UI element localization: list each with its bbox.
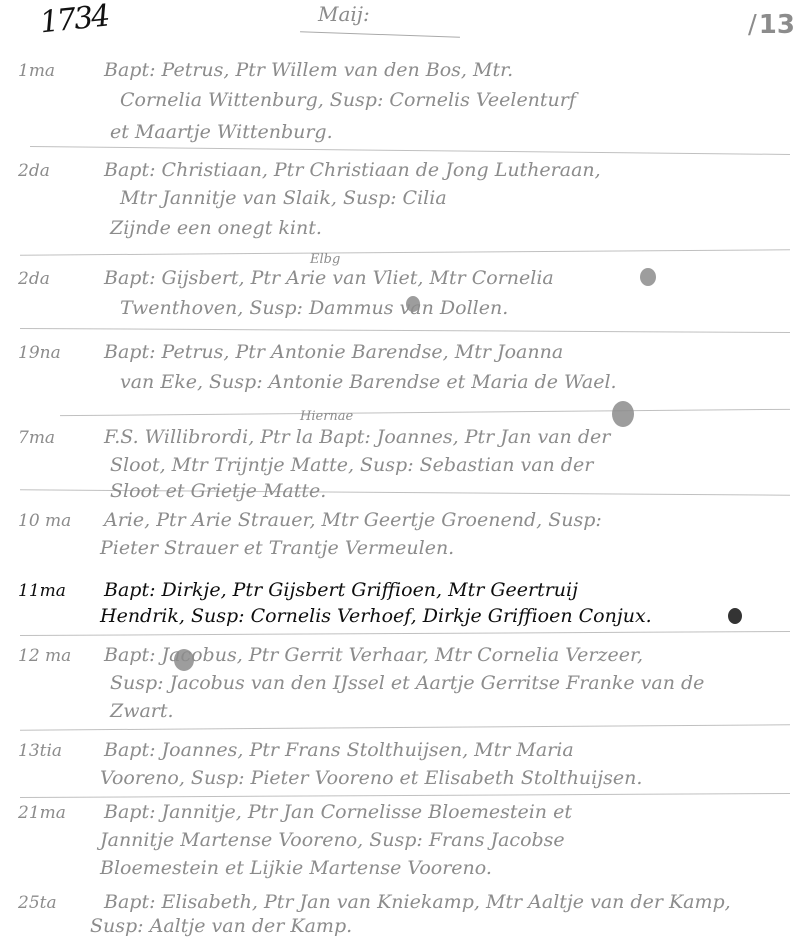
entry-line: Mtr Jannitje van Slaik, Susp: Cilia: [120, 186, 447, 210]
entry-date: 25ta: [0, 891, 104, 915]
entry-line: Bapt: Jannitje, Ptr Jan Cornelisse Bloem…: [104, 801, 572, 823]
entry-line: Sloot, Mtr Trijntje Matte, Susp: Sebasti…: [110, 453, 593, 477]
entry-line: Jannitje Martense Vooreno, Susp: Frans J…: [100, 828, 565, 852]
ink-blot: [612, 401, 634, 427]
interlinear-note: Elbg: [310, 252, 340, 267]
entry-date: 11ma: [0, 579, 104, 603]
entry-date: 12 ma: [0, 644, 104, 668]
ink-blot: [728, 608, 742, 624]
entry-date: 7ma: [0, 426, 104, 450]
entry-line: van Eke, Susp: Antonie Barendse et Maria…: [120, 370, 617, 394]
separator-rule: [60, 409, 790, 416]
register-page: 1734 Maij: /13 1maBapt: Petrus, Ptr Will…: [0, 0, 800, 951]
entry-line: Bapt: Elisabeth, Ptr Jan van Kniekamp, M…: [104, 891, 731, 913]
entry-line: Bapt: Gijsbert, Ptr Arie van Vliet, Mtr …: [104, 267, 554, 289]
month-heading: Maij:: [318, 2, 370, 26]
entry-line: Sloot et Grietje Matte.: [110, 479, 326, 503]
page-number-value: 13: [759, 10, 795, 40]
entry-line: Bapt: Petrus, Ptr Willem van den Bos, Mt…: [104, 59, 513, 81]
entry-line: Bapt: Dirkje, Ptr Gijsbert Griffioen, Mt…: [104, 579, 578, 601]
entry-line: et Maartje Wittenburg.: [110, 120, 333, 144]
separator-rule: [20, 793, 790, 798]
ink-blot: [174, 649, 194, 671]
entry-date: 19na: [0, 341, 104, 365]
entry-line: Vooreno, Susp: Pieter Vooreno et Elisabe…: [100, 766, 642, 790]
page-bracket: /: [748, 10, 757, 40]
entry-date: 1ma: [0, 59, 104, 83]
entry-line: Bapt: Christiaan, Ptr Christiaan de Jong…: [104, 159, 601, 181]
entry-date: 21ma: [0, 801, 104, 825]
ink-blot: [640, 268, 656, 286]
separator-rule: [30, 146, 790, 155]
entry-line: Zwart.: [110, 699, 174, 723]
entry-date: 2da: [0, 159, 104, 183]
page-number: /13: [748, 10, 795, 40]
separator-rule: [20, 631, 790, 636]
entry-date: 10 ma: [0, 509, 104, 533]
entry-line: Cornelia Wittenburg, Susp: Cornelis Veel…: [120, 88, 576, 112]
entry-line: Zijnde een onegt kint.: [110, 216, 322, 240]
interlinear-note: Hiernae: [300, 409, 353, 424]
entry-line: Susp: Jacobus van den IJssel et Aartje G…: [110, 671, 704, 695]
year-heading: 1734: [38, 0, 110, 40]
entry-line: F.S. Willibrordi, Ptr la Bapt: Joannes, …: [104, 426, 610, 448]
entry-line: Bloemestein et Lijkie Martense Vooreno.: [100, 856, 492, 880]
separator-rule: [20, 328, 790, 333]
ink-blot: [406, 296, 420, 312]
entry-line: Bapt: Joannes, Ptr Frans Stolthuijsen, M…: [104, 739, 574, 761]
entry-line: Arie, Ptr Arie Strauer, Mtr Geertje Groe…: [104, 509, 602, 531]
entry-line: Hendrik, Susp: Cornelis Verhoef, Dirkje …: [100, 604, 652, 628]
entry-line: Pieter Strauer et Trantje Vermeulen.: [100, 536, 454, 560]
entry-line: Twenthoven, Susp: Dammus van Dollen.: [120, 296, 508, 320]
separator-rule: [20, 249, 790, 255]
entry-line: Bapt: Petrus, Ptr Antonie Barendse, Mtr …: [104, 341, 563, 363]
entry-date: 2da: [0, 267, 104, 291]
entry-line: Susp: Aaltje van der Kamp.: [90, 914, 352, 938]
entry-date: 13tia: [0, 739, 104, 763]
separator-rule: [20, 724, 790, 730]
month-underline: [300, 31, 460, 38]
